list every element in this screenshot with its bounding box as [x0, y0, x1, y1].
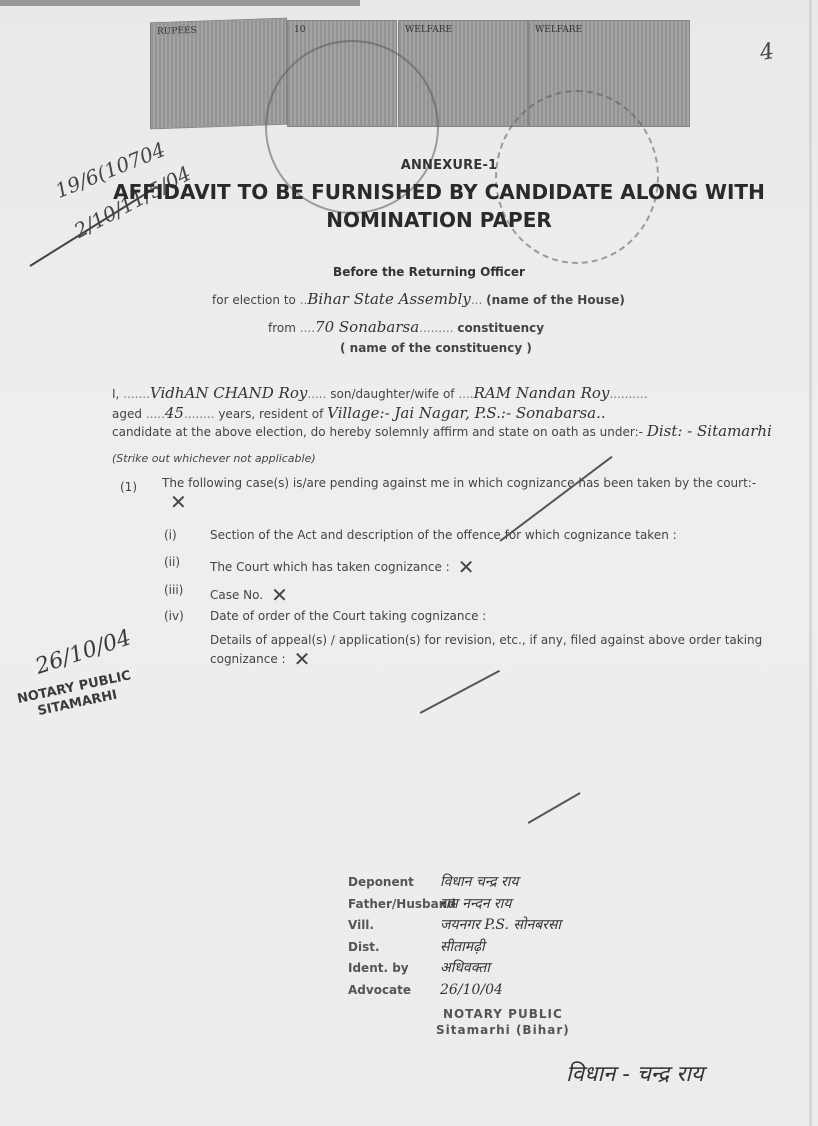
document-title-line-2: NOMINATION PAPER	[30, 208, 818, 232]
constituency-line: from ....70 Sonabarsa......... constitue…	[268, 318, 544, 336]
age-line: aged .....45........ years, resident of …	[112, 404, 606, 422]
deponent-row: Dist.सीतामढ़ी	[348, 937, 561, 959]
oath-line: candidate at the above election, do here…	[112, 422, 772, 440]
notary-stamp-bottom: NOTARY PUBLIC Sitamarhi (Bihar)	[436, 1006, 570, 1038]
cross-mark-icon: ✕	[294, 647, 311, 671]
deponent-row: Vill.जयनगर P.S. सोनबरसा	[348, 915, 561, 937]
cross-mark-icon: ✕	[458, 555, 475, 579]
returning-officer-heading: Before the Returning Officer	[20, 265, 818, 279]
pen-stroke	[420, 670, 500, 714]
deponent-row: Ident. byअधिवक्ता	[348, 958, 561, 980]
deponent-row: Father/Husbandराम नन्दन राय	[348, 894, 561, 916]
document-title: AFFIDAVIT TO BE FURNISHED BY CANDIDATE A…	[30, 180, 818, 204]
pen-stroke	[528, 792, 581, 823]
age-field: 45	[165, 404, 184, 422]
parent-name-field: RAM Nandan Roy	[474, 384, 610, 402]
name-line: I, .......VidhAN CHAND Roy..... son/daug…	[112, 384, 648, 402]
corner-mark: 4	[758, 39, 776, 66]
address-field: Village:- Jai Nagar, P.S.:- Sonabarsa..	[327, 404, 606, 422]
candidate-name-field: VidhAN CHAND Roy	[150, 384, 307, 402]
strike-note: (Strike out whichever not applicable)	[112, 452, 316, 465]
deponent-block: Deponentविधान चन्द्र राय Father/Husbandर…	[348, 872, 561, 1001]
cross-mark-icon: ✕	[271, 583, 288, 607]
election-line: for election to ..Bihar State Assembly..…	[212, 290, 625, 308]
affidavit-page: RUPEES 10 WELFARE WELFARE 19/6(10704 2/1…	[0, 0, 818, 1126]
cross-mark-icon: ✕	[170, 490, 187, 514]
constituency-note: ( name of the constituency )	[340, 341, 532, 355]
deponent-row: Deponentविधान चन्द्र राय	[348, 872, 561, 894]
district-field: Dist: - Sitamarhi	[647, 422, 772, 440]
house-field: Bihar State Assembly	[307, 290, 470, 308]
candidate-signature: विधान - चन्द्र राय	[566, 1058, 704, 1088]
postmark-circle	[495, 90, 659, 264]
item-number: (1)	[120, 480, 137, 494]
constituency-field: 70 Sonabarsa	[315, 318, 419, 336]
annexure-label: ANNEXURE-1	[40, 158, 818, 173]
item-1-text: The following case(s) is/are pending aga…	[162, 474, 782, 512]
notary-seal: NOTARY PUBLIC SITAMARHI	[16, 668, 136, 723]
scan-edge	[0, 0, 360, 6]
deponent-row: Advocate26/10/04	[348, 980, 561, 1002]
